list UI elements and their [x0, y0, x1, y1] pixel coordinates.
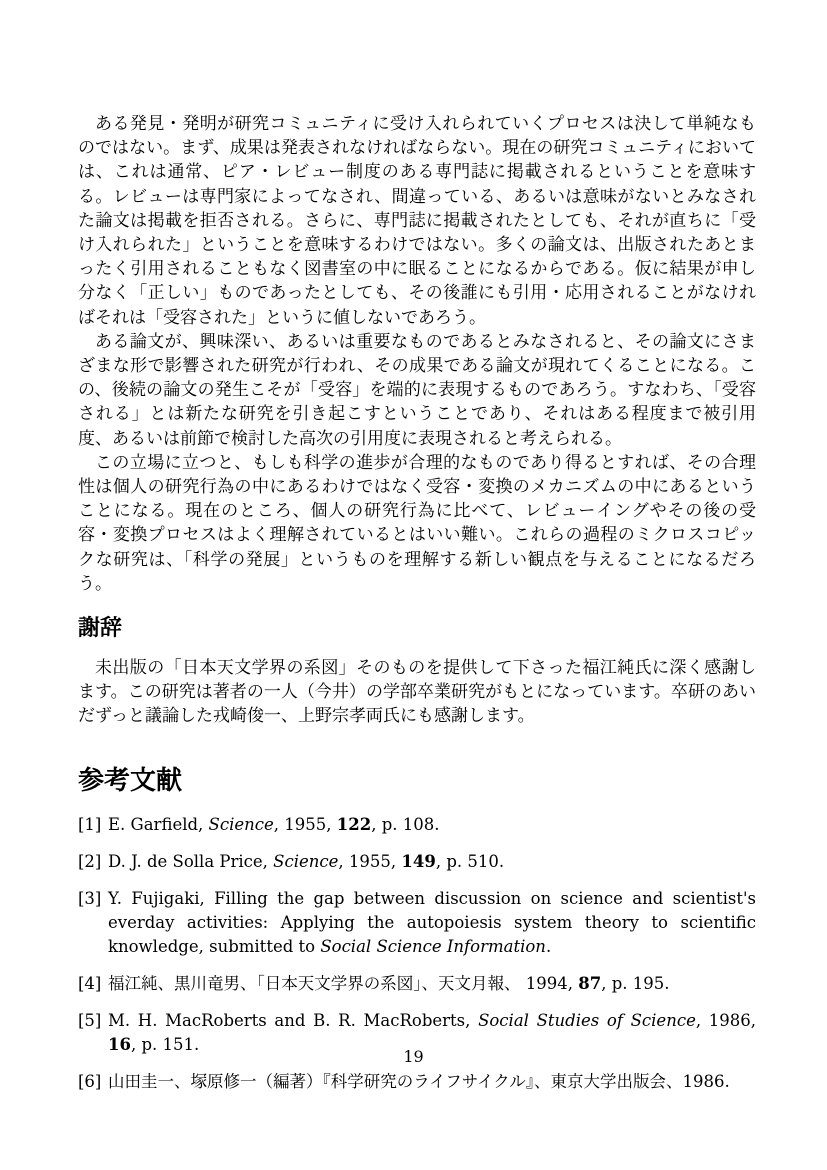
- reference-text-segment: Science: [273, 852, 338, 871]
- body-paragraph: ある発見・発明が研究コミュニティに受け入れられていくプロセスは決して単純なもので…: [78, 112, 756, 330]
- reference-text-segment: 149: [401, 852, 435, 871]
- body-paragraph: この立場に立つと、もしも科学の進歩が合理的なものであり得るとすれば、その合理性は…: [78, 451, 756, 596]
- acknowledgements-heading: 謝辞: [78, 616, 756, 642]
- reference-item: [3]Y. Fujigaki, Filling the gap between …: [78, 887, 756, 959]
- reference-text-segment: , 1955,: [274, 815, 337, 834]
- body-paragraphs: ある発見・発明が研究コミュニティに受け入れられていくプロセスは決して単純なもので…: [78, 112, 756, 596]
- reference-text-segment: , 1955,: [338, 852, 401, 871]
- reference-text-segment: E. Garfield,: [108, 815, 209, 834]
- reference-label: [3]: [78, 887, 108, 959]
- reference-text-segment: Social Studies of Science: [478, 1011, 696, 1030]
- document-page: ある発見・発明が研究コミュニティに受け入れられていくプロセスは決して単純なもので…: [0, 0, 827, 1170]
- body-paragraph: ある論文が、興味深い、あるいは重要なものであるとみなされると、その論文にさまざま…: [78, 330, 756, 451]
- reference-label: [2]: [78, 850, 108, 874]
- reference-item: [6]山田圭一、塚原修一（編著）『科学研究のライフサイクル』、東京大学出版会、1…: [78, 1070, 756, 1094]
- reference-item: [4]福江純、黒川竜男、「日本天文学界の系図」、天文月報、 1994, 87, …: [78, 972, 756, 996]
- reference-text-segment: D. J. de Solla Price,: [108, 852, 273, 871]
- reference-text-segment: Science: [209, 815, 274, 834]
- reference-text-segment: 87: [578, 974, 601, 993]
- reference-text: 山田圭一、塚原修一（編著）『科学研究のライフサイクル』、東京大学出版会、1986…: [108, 1070, 756, 1094]
- reference-text-segment: , p. 195.: [601, 974, 669, 993]
- reference-label: [6]: [78, 1070, 108, 1094]
- reference-text-segment: .: [546, 937, 551, 956]
- reference-text: Y. Fujigaki, Filling the gap between dis…: [108, 887, 756, 959]
- acknowledgements-text: 未出版の「日本天文学界の系図」そのものを提供して下さった福江純氏に深く感謝します…: [78, 656, 756, 729]
- reference-text-segment: , 1986,: [696, 1011, 756, 1030]
- reference-text: 福江純、黒川竜男、「日本天文学界の系図」、天文月報、 1994, 87, p. …: [108, 972, 756, 996]
- reference-text-segment: 山田圭一、塚原修一（編著）『科学研究のライフサイクル』、東京大学出版会、1986…: [108, 1072, 730, 1091]
- reference-text-segment: , p. 510.: [436, 852, 504, 871]
- reference-label: [1]: [78, 813, 108, 837]
- reference-text-segment: 122: [337, 815, 371, 834]
- page-number: 19: [0, 1046, 827, 1068]
- reference-text-segment: 福江純、黒川竜男、「日本天文学界の系図」、天文月報、 1994,: [108, 974, 578, 993]
- reference-text-segment: Social Science Information: [320, 937, 546, 956]
- reference-text: D. J. de Solla Price, Science, 1955, 149…: [108, 850, 756, 874]
- reference-text-segment: , p. 108.: [371, 815, 439, 834]
- reference-text: E. Garfield, Science, 1955, 122, p. 108.: [108, 813, 756, 837]
- reference-label: [4]: [78, 972, 108, 996]
- reference-text-segment: M. H. MacRoberts and B. R. MacRoberts,: [108, 1011, 478, 1030]
- page-content: ある発見・発明が研究コミュニティに受け入れられていくプロセスは決して単純なもので…: [78, 112, 756, 1094]
- reference-item: [1]E. Garfield, Science, 1955, 122, p. 1…: [78, 813, 756, 837]
- references-heading: 参考文献: [78, 765, 756, 797]
- reference-item: [2]D. J. de Solla Price, Science, 1955, …: [78, 850, 756, 874]
